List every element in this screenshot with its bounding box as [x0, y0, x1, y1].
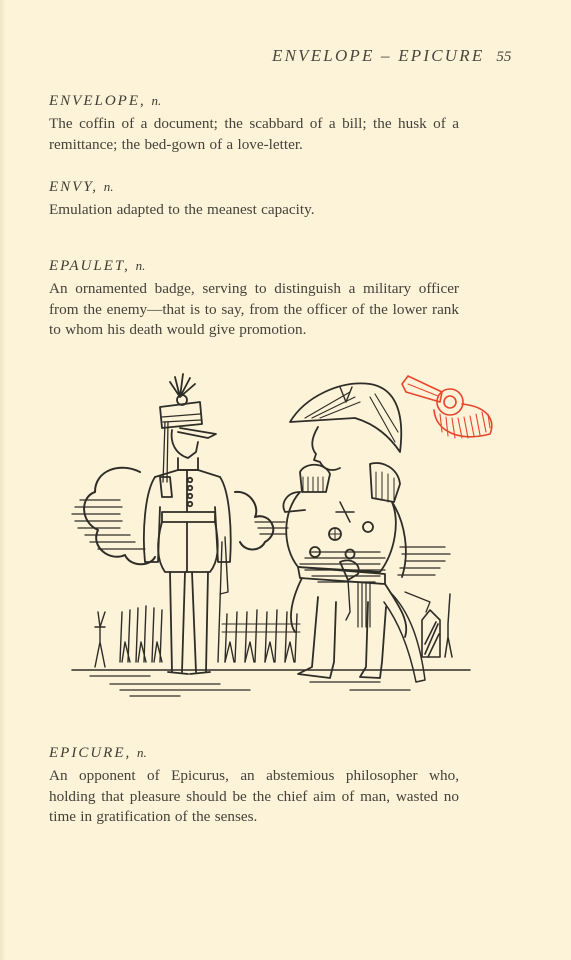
running-head: ENVELOPE – EPICURE55: [272, 46, 511, 66]
running-head-title: ENVELOPE – EPICURE: [272, 46, 484, 65]
horizon-hatching: [300, 547, 450, 582]
entry-headword: EPAULET, n.: [49, 256, 459, 276]
entry-headword: ENVELOPE, n.: [49, 91, 459, 111]
entry-headword: EPICURE, n.: [49, 743, 459, 763]
woodcut-illustration: [50, 362, 500, 712]
entry-definition: An ornamented badge, serving to distingu…: [49, 279, 459, 341]
part-of-speech: n.: [137, 745, 147, 760]
part-of-speech: n.: [136, 258, 146, 273]
cloud-right-icon: [235, 492, 288, 550]
sentry-box-icon: [422, 610, 440, 657]
part-of-speech: n.: [104, 179, 114, 194]
page-number: 55: [496, 49, 511, 65]
dictionary-entry-envelope: ENVELOPE, n. The coffin of a document; t…: [49, 91, 459, 155]
cloud-left-icon: [72, 468, 155, 565]
headword-text: EPAULET: [49, 258, 124, 274]
entry-definition: The coffin of a document; the scabbard o…: [49, 114, 459, 155]
dictionary-entry-epicure: EPICURE, n. An opponent of Epicurus, an …: [49, 743, 459, 828]
page-edge: [0, 0, 6, 960]
dictionary-entry-epaulet: EPAULET, n. An ornamented badge, serving…: [49, 256, 459, 341]
officer-figure: [283, 383, 430, 682]
part-of-speech: n.: [152, 93, 162, 108]
headword-text: EPICURE: [49, 745, 125, 761]
entry-headword: ENVY, n.: [49, 177, 459, 197]
young-soldier-figure: [144, 374, 231, 674]
headword-text: ENVELOPE: [49, 93, 140, 109]
dictionary-entry-envy: ENVY, n. Emulation adapted to the meanes…: [49, 177, 459, 221]
marching-troops: [95, 606, 300, 667]
entry-definition: Emulation adapted to the meanest capacit…: [49, 200, 459, 221]
headword-text: ENVY: [49, 179, 92, 195]
red-epaulet-icon: [402, 376, 492, 438]
entry-definition: An opponent of Epicurus, an abstemious p…: [49, 766, 459, 828]
